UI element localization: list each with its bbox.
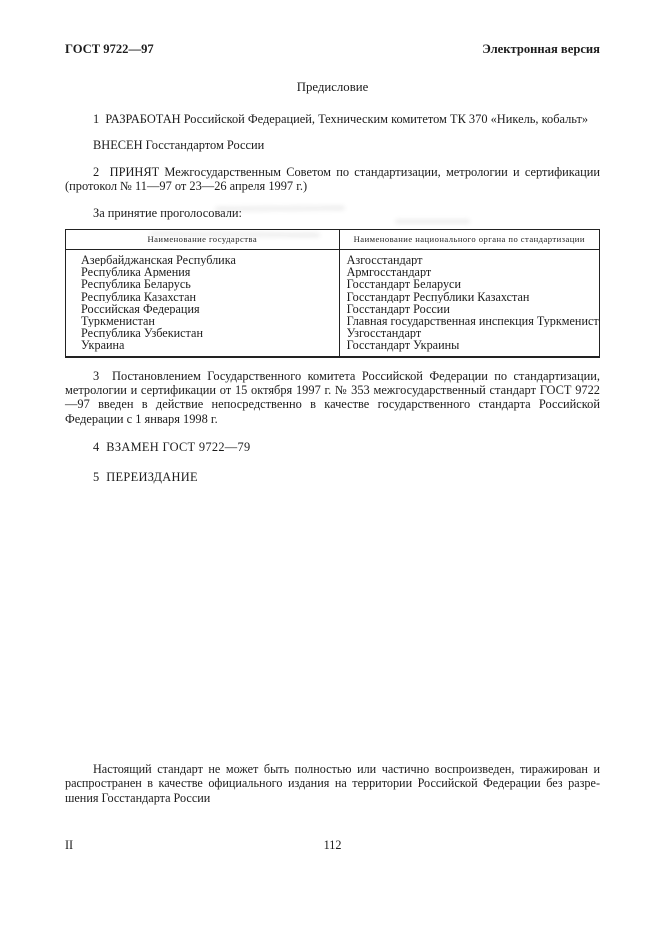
clause-2: 2 ПРИНЯТ Межгосударственным Советом по с… xyxy=(65,165,600,194)
country-cell: Республика Казахстан xyxy=(66,291,340,303)
country-cell: Азербайджанская Республика xyxy=(66,250,340,267)
doc-number: ГОСТ 9722—97 xyxy=(65,42,154,57)
org-cell: Азгосстандарт xyxy=(339,250,599,267)
page-footer: II 112 xyxy=(65,838,600,853)
country-cell: Республика Узбекистан xyxy=(66,327,340,339)
edition-label: Электронная версия xyxy=(482,42,600,57)
org-cell: Госстандарт Украины xyxy=(339,339,599,356)
vote-table-head: Наименование государства Наименование на… xyxy=(66,230,600,250)
table-row: Республика БеларусьГосстандарт Беларуси xyxy=(66,278,600,290)
vote-intro: За принятие проголосовали: xyxy=(65,206,600,220)
table-row: УкраинаГосстандарт Украины xyxy=(66,339,600,356)
table-row: Республика КазахстанГосстандарт Республи… xyxy=(66,291,600,303)
clause-1: 1 РАЗРАБОТАН Российской Федерацией, Техн… xyxy=(65,112,600,126)
country-cell: Республика Армения xyxy=(66,266,340,278)
table-row: Российская ФедерацияГосстандарт России xyxy=(66,303,600,315)
org-cell: Госстандарт Беларуси xyxy=(339,278,599,290)
table-row: Республика УзбекистанУзгосстандарт xyxy=(66,327,600,339)
country-cell: Российская Федерация xyxy=(66,303,340,315)
document-header: ГОСТ 9722—97 Электронная версия xyxy=(65,42,600,57)
org-cell: Госстандарт Республики Казахстан xyxy=(339,291,599,303)
clause-3: 3 Постановлением Государственного комите… xyxy=(65,369,600,427)
country-cell: Республика Беларусь xyxy=(66,278,340,290)
vote-table: Наименование государства Наименование на… xyxy=(65,229,600,358)
table-row: Азербайджанская РеспубликаАзгосстандарт xyxy=(66,250,600,267)
copyright-note: Настоящий стандарт не может быть полност… xyxy=(65,762,600,805)
org-cell: Главная государственная инспекция Туркме… xyxy=(339,315,599,327)
clause-5: 5 ПЕРЕИЗДАНИЕ xyxy=(65,470,600,484)
org-cell: Узгосстандарт xyxy=(339,327,599,339)
document-page: ГОСТ 9722—97 Электронная версия Предисло… xyxy=(0,0,661,936)
vote-table-body: Азербайджанская РеспубликаАзгосстандартР… xyxy=(66,250,600,357)
col-header-org: Наименование национального органа по ста… xyxy=(339,230,599,250)
org-cell: Армгосстандарт xyxy=(339,266,599,278)
table-header-row: Наименование государства Наименование на… xyxy=(66,230,600,250)
roman-page-number: II xyxy=(65,838,73,853)
page-title: Предисловие xyxy=(65,80,600,95)
clause-4: 4 ВЗАМЕН ГОСТ 9722—79 xyxy=(65,440,600,454)
page-number: 112 xyxy=(324,838,342,852)
table-row: ТуркменистанГлавная государственная инсп… xyxy=(66,315,600,327)
country-cell: Украина xyxy=(66,339,340,356)
country-cell: Туркменистан xyxy=(66,315,340,327)
clause-1-submitted: ВНЕСЕН Госстандартом России xyxy=(65,138,600,152)
org-cell: Госстандарт России xyxy=(339,303,599,315)
col-header-state: Наименование государства xyxy=(66,230,340,250)
table-row: Республика АрменияАрмгосстандарт xyxy=(66,266,600,278)
